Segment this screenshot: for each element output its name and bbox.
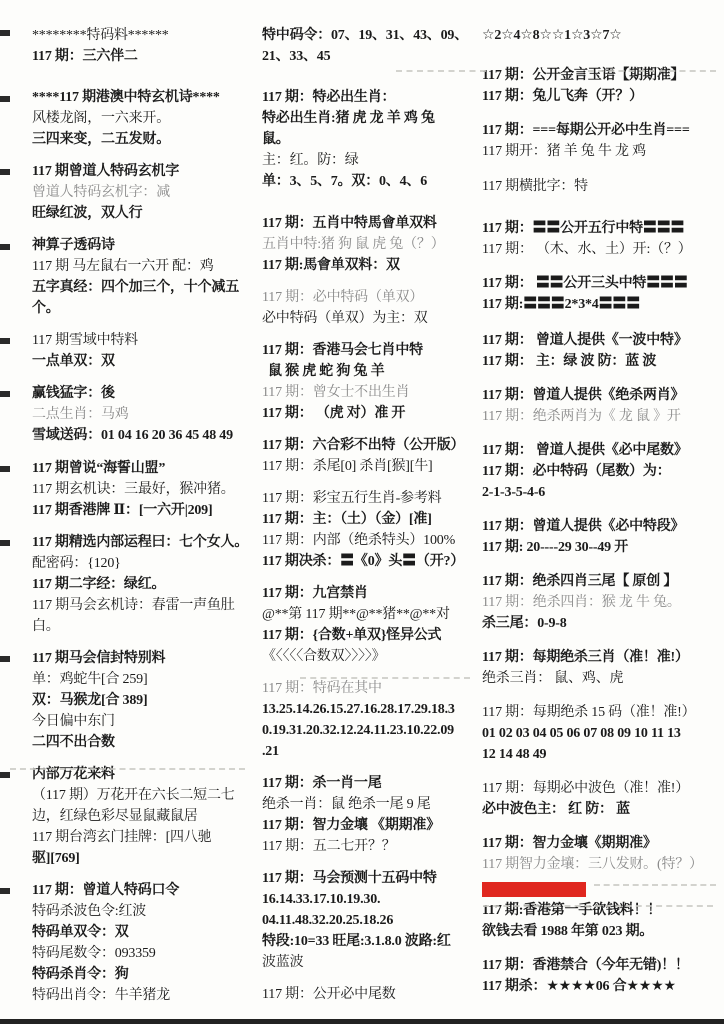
text-line: 雪域送码：01 04 16 20 36 45 48 49 <box>32 425 258 446</box>
text-line: 117 期曾说“海誓山盟” <box>32 458 258 479</box>
text-line: 配密码：{120} <box>32 553 258 574</box>
scan-edge-mark <box>0 540 10 546</box>
text-line: 117 期： 〓〓公开三头中特〓〓〓 <box>482 273 720 294</box>
text-line: 21、33、45 <box>262 46 480 67</box>
text-line: 欲钱去看 1988 年第 023 期。 <box>482 921 720 942</box>
text-line: 117 期：===每期公开必中生肖=== <box>482 120 720 141</box>
text-line: 特码尾数令：093359 <box>32 943 258 964</box>
column-middle: 特中码令：07、19、31、43、09、21、33、45117 期：特必出生肖：… <box>262 25 480 1005</box>
text-line: 五字真经：四个加三个，十个减五 <box>32 277 258 298</box>
text-line: 117 期：内部（绝杀特头）100% <box>262 530 480 551</box>
text-line: 117 期二字经：绿红。 <box>32 574 258 595</box>
column-right: ☆2☆4☆8☆☆1☆3☆7☆117 期：公开金言玉语【期期准】117 期：兔儿飞… <box>482 25 720 997</box>
text-line: 特段:10=33 旺尾:3.1.8.0 波路:红 <box>262 931 480 952</box>
text-line: 117 期横批字：特 <box>482 176 720 197</box>
text-line: 117 期曾道人特码玄机字 <box>32 161 258 182</box>
text-line: 117 期：香港马会七肖中特 <box>262 340 480 361</box>
text-line: 特码单双令：双 <box>32 922 258 943</box>
text-line: 五肖中特:猪 狗 鼠 虎 兔（？） <box>262 234 480 255</box>
text-line: 117 期：兔儿飞奔（开？） <box>482 86 720 107</box>
text-line: 117 期：必中特码（尾数）为： <box>482 461 720 482</box>
text-line: 117 期：每期绝杀 15 码（准！准!） <box>482 702 720 723</box>
red-highlight-bar <box>482 882 586 897</box>
scan-edge-mark <box>0 391 10 397</box>
text-line: 117 期：公开金言玉语【期期准】 <box>482 65 720 86</box>
text-line: 117 期：绝杀两肖为《 龙 鼠 》开 <box>482 406 720 427</box>
scan-dash-line <box>396 70 486 72</box>
text-line: 风楼龙阁，一六来开。 <box>32 108 258 129</box>
scan-dash-line <box>10 768 245 770</box>
text-line: 117 期:〓〓〓2*3*4〓〓〓 <box>482 294 720 315</box>
text-line: 杀三尾：0-9-8 <box>482 613 720 634</box>
scan-edge-mark <box>0 96 10 102</box>
text-line: 117 期智力金壤：三八发财。(特？） <box>482 854 720 875</box>
text-line: 117 期:香港第一手欲钱料！！ <box>482 900 720 921</box>
text-line: 117 期：公开必中尾数 <box>262 984 480 1005</box>
text-line: 117 期： （木、水、土）开:（？） <box>482 239 720 260</box>
text-line: 个。 <box>32 298 258 319</box>
text-line: 117 期：智力金壤 《期期准》 <box>262 815 480 836</box>
text-line: 赢钱猛字：後 <box>32 383 258 404</box>
text-line: ****117 期港澳中特玄机诗**** <box>32 87 258 108</box>
text-line: 主：红。防：绿 <box>262 150 480 171</box>
text-line: 117 期香港牌 Ⅱ：[一六开|209] <box>32 500 258 521</box>
text-line: 117 期玄机诀：三最好，猴冲猪。 <box>32 479 258 500</box>
text-line: 117 期：五肖中特馬會单双料 <box>262 213 480 234</box>
text-line: 旺绿红波，双人行 <box>32 203 258 224</box>
text-line: 三四来变，二五发财。 <box>32 129 258 150</box>
text-line: 今日偏中东门 <box>32 711 258 732</box>
scan-edge-mark <box>0 888 10 894</box>
column-left: ********特码料******117 期：三六伴二****117 期港澳中特… <box>32 25 258 1006</box>
text-line: 117 期：特码在其中 <box>262 678 480 699</box>
text-line: 边，红绿色彩尽显鼠藏鼠居 <box>32 806 258 827</box>
scan-dash-line <box>588 70 716 72</box>
text-line: 117 期台湾玄门挂牌：[四八驰 <box>32 827 258 848</box>
scan-edge-mark <box>0 466 10 472</box>
text-line: 绝杀三肖： 鼠、鸡、虎 <box>482 668 720 689</box>
text-line: 117 期 马左鼠右一六开 配：鸡 <box>32 256 258 277</box>
text-line: 《〈〈〈〈合数双〉〉〉〉》 <box>262 646 480 667</box>
text-line: 04.11.48.32.20.25.18.26 <box>262 910 480 931</box>
text-line: 特中码令：07、19、31、43、09、 <box>262 25 480 46</box>
text-line: 单：3、5、7。双：0、4、6 <box>262 171 480 192</box>
text-line: 117 期：{合数+单双}怪异公式 <box>262 625 480 646</box>
text-line: 117 期：三六伴二 <box>32 46 258 67</box>
text-line: 117 期：绝杀四肖：猴 龙 牛 兔。 <box>482 592 720 613</box>
text-line: 0.19.31.20.32.12.24.11.23.10.22.09 <box>262 720 480 741</box>
text-line: 鼠。 <box>262 129 480 150</box>
scan-dash-line <box>594 884 716 886</box>
text-line: （117 期）万花开在六长二短二七 <box>32 785 258 806</box>
text-line: 单：鸡蛇牛[合 259] <box>32 669 258 690</box>
text-line: 117 期：特必出生肖： <box>262 87 480 108</box>
text-line: 特码杀肖令：狗 <box>32 964 258 985</box>
text-line: 117 期：六合彩不出特（公开版） <box>262 435 480 456</box>
text-line: 117 期雪域中特料 <box>32 330 258 351</box>
text-line: 117 期：曾道人提供《必中特段》 <box>482 516 720 537</box>
text-line: 117 期:馬會单双料：双 <box>262 255 480 276</box>
text-line: 117 期：智力金壤《期期准》 <box>482 833 720 854</box>
text-line: 117 期： 主：绿 波 防：蓝 波 <box>482 351 720 372</box>
text-line: 117 期：马会预测十五码中特 <box>262 868 480 889</box>
text-line: 117 期精选内部运程曰：七个女人。 <box>32 532 258 553</box>
text-line: 117 期：曾女士不出生肖 <box>262 382 480 403</box>
scan-edge-mark <box>0 656 10 662</box>
text-line: 特码出肖令：牛羊猪龙 <box>32 985 258 1006</box>
scan-edge-mark <box>0 244 10 250</box>
scan-dash-line <box>300 677 470 679</box>
text-line: 特必出生肖:猪 虎 龙 羊 鸡 兔 <box>262 108 480 129</box>
text-line: 01 02 03 04 05 06 07 08 09 10 11 13 <box>482 723 720 744</box>
scan-edge-mark <box>0 169 10 175</box>
text-line: 117 期： 曾道人提供《必中尾数》 <box>482 440 720 461</box>
text-line: 白。 <box>32 616 258 637</box>
text-line: 117 期马会玄机诗：春雷一声鱼肚 <box>32 595 258 616</box>
text-line: 117 期：必中特码（单双） <box>262 287 480 308</box>
text-line: 117 期： 曾道人提供《一波中特》 <box>482 330 720 351</box>
scan-edge-mark <box>0 30 10 36</box>
text-line: .21 <box>262 741 480 762</box>
text-line: 13.25.14.26.15.27.16.28.17.29.18.3 <box>262 699 480 720</box>
text-line: 二四不出合数 <box>32 732 258 753</box>
text-line: 117 期：曾道人提供《绝杀两肖》 <box>482 385 720 406</box>
text-line: 驱][769] <box>32 848 258 869</box>
scan-edge-strip <box>0 1019 724 1024</box>
text-line: 绝杀一肖：鼠 绝杀一尾 9 尾 <box>262 794 480 815</box>
text-line: 必中波色主： 红 防： 蓝 <box>482 799 720 820</box>
text-line: 117 期：每期必中波色（准！准!） <box>482 778 720 799</box>
text-line: 曾道人特码玄机字：减 <box>32 182 258 203</box>
text-line: 16.14.33.17.10.19.30. <box>262 889 480 910</box>
text-line: 二点生肖：马鸡 <box>32 404 258 425</box>
text-line: 鼠 猴 虎 蛇 狗 兔 羊 <box>262 361 480 382</box>
text-line: 2-1-3-5-4-6 <box>482 482 720 503</box>
scan-edge-mark <box>0 772 10 778</box>
text-line: 117 期：曾道人特码口令 <box>32 880 258 901</box>
text-line: 117 期： （虎 对）准 开 <box>262 403 480 424</box>
scan-dash-line <box>483 905 713 907</box>
text-line: 117 期：九宫禁肖 <box>262 583 480 604</box>
text-line: 一点单双：双 <box>32 351 258 372</box>
text-line: @**第 117 期**@**猪**@**对 <box>262 604 480 625</box>
text-line: 117 期马会信封特别料 <box>32 648 258 669</box>
text-line: ☆2☆4☆8☆☆1☆3☆7☆ <box>482 25 720 46</box>
text-line: 117 期：主：（土）（金）[准] <box>262 509 480 530</box>
text-line: 117 期：香港禁合（今年无错)！！ <box>482 955 720 976</box>
scanned-tip-sheet: ********特码料******117 期：三六伴二****117 期港澳中特… <box>0 0 724 1024</box>
text-line: 波蓝波 <box>262 952 480 973</box>
text-line: 117 期：〓〓公开五行中特〓〓〓 <box>482 218 720 239</box>
text-line: 必中特码（单双）为主：双 <box>262 308 480 329</box>
text-line: 117 期：杀一肖一尾 <box>262 773 480 794</box>
text-line: ********特码料****** <box>32 25 258 46</box>
text-line: 神算子透码诗 <box>32 235 258 256</box>
text-line: 117 期开：猪 羊 兔 牛 龙 鸡 <box>482 141 720 162</box>
scan-edge-mark <box>0 338 10 344</box>
text-line: 117 期：杀尾[0] 杀肖[猴][牛] <box>262 456 480 477</box>
text-line: 117 期：绝杀四肖三尾【 原创 】 <box>482 571 720 592</box>
text-line: 117 期：彩宝五行生肖-参考料 <box>262 488 480 509</box>
text-line: 117 期决杀：〓《0》头〓（开?） <box>262 551 480 572</box>
text-line: 双：马猴龙[合 389] <box>32 690 258 711</box>
text-line: 117 期：五二七开？？ <box>262 836 480 857</box>
text-line: 117 期: 20----29 30--49 开 <box>482 537 720 558</box>
text-line: 117 期杀：★★★★06 合★★★★ <box>482 976 720 997</box>
text-line: 特码杀波色令:红波 <box>32 901 258 922</box>
text-line: 117 期：每期绝杀三肖（准！准!） <box>482 647 720 668</box>
text-line: 12 14 48 49 <box>482 744 720 765</box>
